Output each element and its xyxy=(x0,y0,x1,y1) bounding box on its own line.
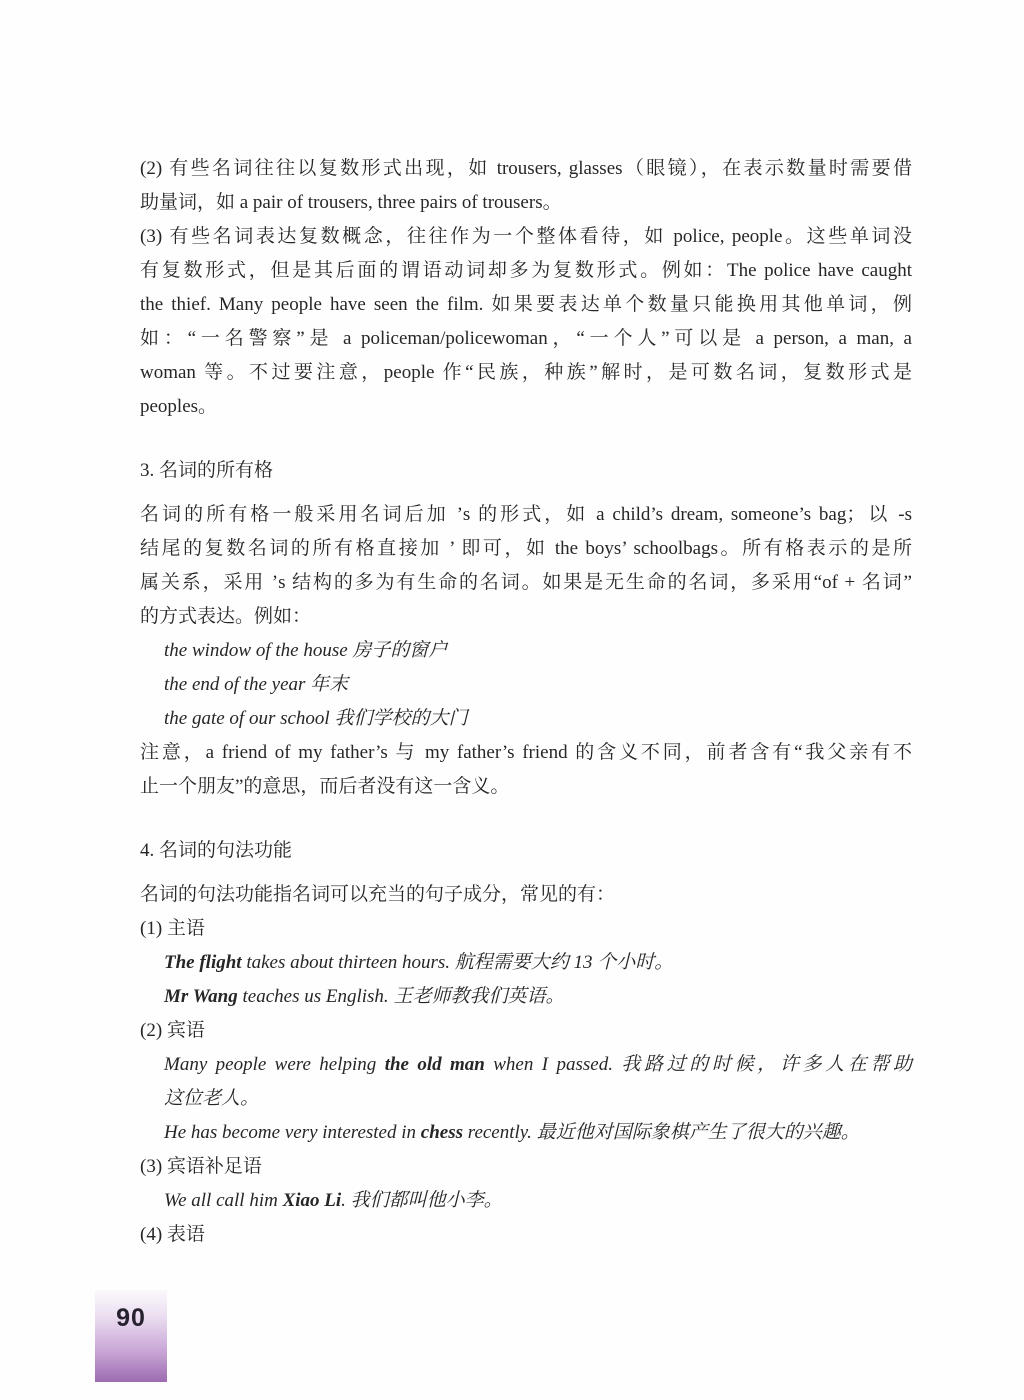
text-segment: We all call him xyxy=(164,1190,283,1211)
paragraph-line: (3) 宾语补足语 xyxy=(140,1150,912,1184)
text-segment: (4) 表语 xyxy=(140,1224,205,1245)
text-segment: recently. xyxy=(463,1122,537,1143)
section-heading: 4. 名词的句法功能 xyxy=(140,834,912,868)
text-segment: teaches us English. xyxy=(238,986,394,1007)
text-segment: 我路过的时候，许多人在帮助 xyxy=(621,1054,912,1075)
paragraph-line: 如：“一名警察”是 a policeman/policewoman，“一个人”可… xyxy=(140,322,912,356)
example-line: He has become very interested in chess r… xyxy=(140,1116,912,1150)
text-segment: He has become very interested in xyxy=(164,1122,421,1143)
text-segment: 的方式表达。例如： xyxy=(140,606,311,627)
text-segment: the window of the house xyxy=(164,640,352,661)
text-segment: 房子的窗户 xyxy=(352,640,447,661)
paragraph-line: 止一个朋友”的意思，而后者没有这一含义。 xyxy=(140,770,912,804)
textbook-page: (2) 有些名词往往以复数形式出现，如 trousers, glasses（眼镜… xyxy=(0,0,1024,1400)
text-column: (2) 有些名词往往以复数形式出现，如 trousers, glasses（眼镜… xyxy=(140,152,912,1252)
paragraph-line: 的方式表达。例如： xyxy=(140,600,912,634)
text-segment: peoples。 xyxy=(140,396,217,417)
paragraph-line: 名词的句法功能指名词可以充当的句子成分，常见的有： xyxy=(140,878,912,912)
example-line: We all call him Xiao Li. 我们都叫他小李。 xyxy=(140,1184,912,1218)
text-segment: (1) 主语 xyxy=(140,918,205,939)
text-segment: 属关系，采用 ’s 结构的多为有生命的名词。如果是无生命的名词，多采用“of +… xyxy=(140,572,912,593)
example-line: the window of the house 房子的窗户 xyxy=(140,634,912,668)
text-segment: 有复数形式，但是其后面的谓语动词却多为复数形式。例如：The police ha… xyxy=(140,260,912,281)
paragraph-line: the thief. Many people have seen the fil… xyxy=(140,288,912,322)
example-line: the end of the year 年末 xyxy=(140,668,912,702)
text-segment: The flight xyxy=(164,952,242,973)
paragraph-line: (2) 宾语 xyxy=(140,1014,912,1048)
text-segment: 我们学校的大门 xyxy=(334,708,467,729)
text-segment: 4. 名词的句法功能 xyxy=(140,840,292,861)
text-segment: takes about thirteen hours. xyxy=(242,952,455,973)
text-segment: 止一个朋友”的意思，而后者没有这一含义。 xyxy=(140,776,509,797)
text-segment: (2) 宾语 xyxy=(140,1020,205,1041)
example-line: the gate of our school 我们学校的大门 xyxy=(140,702,912,736)
text-segment: Many people were helping xyxy=(164,1054,385,1075)
paragraph-line: 有复数形式，但是其后面的谓语动词却多为复数形式。例如：The police ha… xyxy=(140,254,912,288)
example-line: 这位老人。 xyxy=(140,1082,912,1116)
example-line: Many people were helping the old man whe… xyxy=(140,1048,912,1082)
text-segment: 注意，a friend of my father’s 与 my father’s… xyxy=(140,742,912,763)
page-number: 90 xyxy=(116,1304,146,1333)
text-segment: 这位老人。 xyxy=(164,1088,259,1109)
text-segment: . xyxy=(341,1190,351,1211)
example-line: Mr Wang teaches us English. 王老师教我们英语。 xyxy=(140,980,912,1014)
paragraph-line: 属关系，采用 ’s 结构的多为有生命的名词。如果是无生命的名词，多采用“of +… xyxy=(140,566,912,600)
text-segment: 王老师教我们英语。 xyxy=(393,986,564,1007)
text-segment: chess xyxy=(421,1122,463,1143)
paragraph-line: (2) 有些名词往往以复数形式出现，如 trousers, glasses（眼镜… xyxy=(140,152,912,186)
text-segment: 最近他对国际象棋产生了很大的兴趣。 xyxy=(537,1122,860,1143)
text-segment: the old man xyxy=(385,1054,485,1075)
text-segment: 航程需要大约 13 个小时。 xyxy=(455,952,674,973)
text-segment: the thief. Many people have seen the fil… xyxy=(140,294,912,315)
section-heading: 3. 名词的所有格 xyxy=(140,454,912,488)
text-segment: when I passed. xyxy=(485,1054,621,1075)
paragraph-line: (4) 表语 xyxy=(140,1218,912,1252)
text-segment: 我们都叫他小李。 xyxy=(351,1190,503,1211)
paragraph-line: 助量词，如 a pair of trousers, three pairs of… xyxy=(140,186,912,220)
paragraph-line: (3) 有些名词表达复数概念，往往作为一个整体看待，如 police, peop… xyxy=(140,220,912,254)
text-segment: (3) 有些名词表达复数概念，往往作为一个整体看待，如 police, peop… xyxy=(140,226,912,247)
text-segment: 结尾的复数名词的所有格直接加 ’ 即可，如 the boys’ schoolba… xyxy=(140,538,912,559)
text-segment: 年末 xyxy=(310,674,348,695)
paragraph-line: (1) 主语 xyxy=(140,912,912,946)
paragraph-line: 结尾的复数名词的所有格直接加 ’ 即可，如 the boys’ schoolba… xyxy=(140,532,912,566)
page-number-badge: 90 xyxy=(95,1290,167,1382)
text-segment: 3. 名词的所有格 xyxy=(140,460,273,481)
text-segment: (2) 有些名词往往以复数形式出现，如 trousers, glasses（眼镜… xyxy=(140,158,912,179)
text-segment: (3) 宾语补足语 xyxy=(140,1156,262,1177)
paragraph-line: 注意，a friend of my father’s 与 my father’s… xyxy=(140,736,912,770)
paragraph-line: 名词的所有格一般采用名词后加 ’s 的形式，如 a child’s dream,… xyxy=(140,498,912,532)
text-segment: the gate of our school xyxy=(164,708,334,729)
text-segment: the end of the year xyxy=(164,674,310,695)
text-segment: 名词的所有格一般采用名词后加 ’s 的形式，如 a child’s dream,… xyxy=(140,504,912,525)
text-segment: 名词的句法功能指名词可以充当的句子成分，常见的有： xyxy=(140,884,615,905)
paragraph-line: peoples。 xyxy=(140,390,912,424)
text-segment: 如：“一名警察”是 a policeman/policewoman，“一个人”可… xyxy=(140,328,912,349)
example-line: The flight takes about thirteen hours. 航… xyxy=(140,946,912,980)
text-segment: woman 等。不过要注意，people 作“民族，种族”解时，是可数名词，复数… xyxy=(140,362,912,383)
text-segment: 助量词，如 a pair of trousers, three pairs of… xyxy=(140,192,562,213)
paragraph-line: woman 等。不过要注意，people 作“民族，种族”解时，是可数名词，复数… xyxy=(140,356,912,390)
text-segment: Xiao Li xyxy=(283,1190,342,1211)
text-segment: Mr Wang xyxy=(164,986,238,1007)
